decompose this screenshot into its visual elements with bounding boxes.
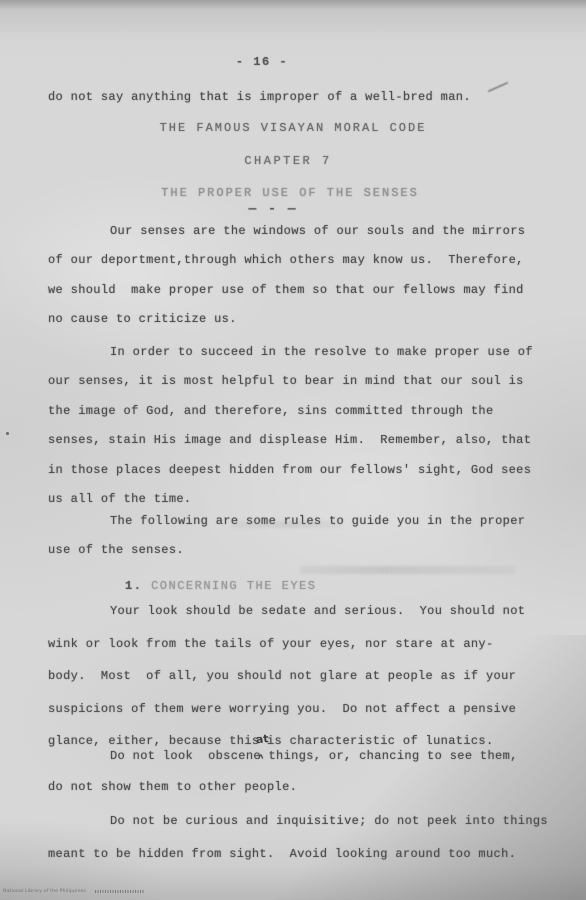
typewritten-line: in those places deepest hidden from our … [48,463,556,492]
chapter-heading: CHAPTER 7 [0,154,576,168]
document-title: THE FAMOUS VISAYAN MORAL CODE [0,121,586,135]
ink-ghost-smudge [300,566,515,574]
typewritten-line: we should make proper use of them so tha… [48,283,556,312]
page-number: - 16 - [0,55,524,69]
paragraph-6: Do not be curious and inquisitive; do no… [48,814,556,880]
paragraph-2: In order to succeed in the resolve to ma… [48,345,556,521]
typewritten-line: Your look should be sedate and serious. … [48,604,556,637]
typewritten-line: our senses, it is most helpful to bear i… [48,374,556,403]
typewritten-line: of our deportment,through which others m… [48,253,556,282]
pencil-check-mark [488,82,509,93]
typewritten-line: suspicions of them were worrying you. Do… [48,702,556,735]
margin-dot-artifact [6,432,9,435]
typewritten-line: Do not be curious and inquisitive; do no… [48,814,556,847]
typewritten-line: meant to be hidden from sight. Avoid loo… [48,847,556,880]
carryover-line: do not say anything that is improper of … [48,90,471,119]
section-title: CONCERNING THE EYES [151,579,316,593]
paragraph-5: Do not lookat^obscene things, or, chanci… [48,747,556,813]
digitization-stamp: National Library of the Philippines [3,889,145,894]
typewritten-line: do not show them to other people. [48,780,556,813]
typewritten-line: The following are some rules to guide yo… [48,514,556,543]
line-text: Do not look [110,749,193,763]
typewritten-line: the image of God, and therefore, sins co… [48,404,556,433]
paragraph-1: Our senses are the windows of our souls … [48,224,556,342]
typewritten-line: Do not lookat^obscene things, or, chanci… [48,747,556,780]
section-1-heading: 1. CONCERNING THE EYES [125,579,316,593]
library-stamp-microtext: National Library of the Philippines [3,889,86,894]
paragraph-4: Your look should be sedate and serious. … [48,604,556,767]
typewritten-line: Our senses are the windows of our souls … [48,224,556,253]
typewritten-line: no cause to criticize us. [48,312,556,341]
typewritten-line: In order to succeed in the resolve to ma… [48,345,556,374]
caret-mark: ^ [196,754,264,764]
typewritten-line: wink or look from the tails of your eyes… [48,637,556,670]
scanned-document-page: - 16 - do not say anything that is impro… [0,0,586,900]
chapter-title: THE PROPER USE OF THE SENSES [0,186,580,200]
heading-divider: — - — [0,201,546,216]
section-number: 1. [125,579,142,593]
stamp-code-microprint [95,890,145,894]
typewritten-line: body. Most of all, you should not glare … [48,669,556,702]
typewritten-line: senses, stain His image and displease Hi… [48,433,556,462]
ink-ghost-smudge [232,521,342,528]
handwritten-insertion: at^ [193,747,208,759]
